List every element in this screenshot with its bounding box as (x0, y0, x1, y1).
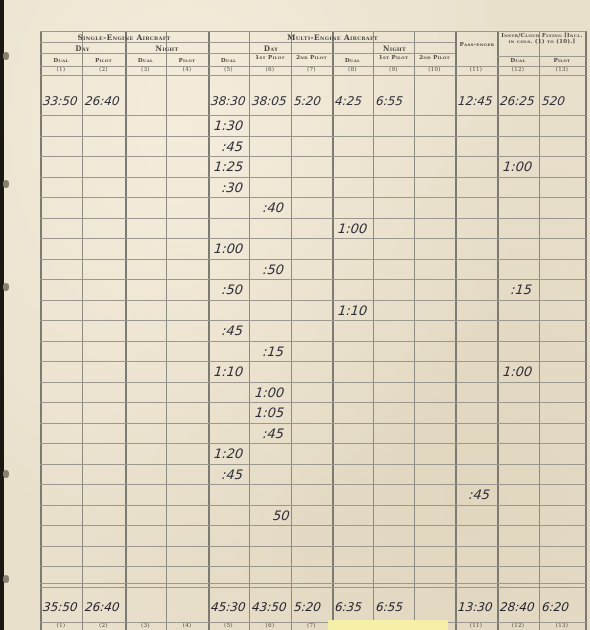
column-header: Pilot (166, 58, 208, 64)
brought-forward-cell: 38:30 (210, 94, 246, 108)
row-divider (40, 238, 586, 239)
total-cell: 6:55 (375, 600, 403, 614)
log-entry-cell: :45 (221, 324, 243, 339)
row-divider (40, 75, 586, 76)
column-divider (455, 31, 457, 630)
column-number: (4) (166, 67, 208, 73)
column-number: (1) (40, 67, 82, 73)
log-entry-cell: 1:30 (213, 119, 244, 134)
row-divider (40, 566, 586, 567)
log-entry-cell: :50 (221, 283, 243, 298)
log-entry-cell: :15 (262, 345, 284, 360)
single-engine-title: Single-Engine Aircraft (40, 33, 208, 42)
column-divider (497, 31, 499, 630)
sticky-note (328, 620, 448, 630)
total-cell: 43:50 (251, 600, 287, 614)
column-divider (414, 31, 415, 630)
row-divider (40, 259, 586, 260)
brought-forward-cell: 38:05 (251, 94, 287, 108)
row-divider (40, 53, 455, 54)
column-number: (10) (414, 67, 455, 73)
passenger-label: Pass-enger (457, 42, 497, 48)
row-divider (40, 300, 586, 301)
column-divider (40, 31, 42, 630)
multi-day-label: Day (210, 44, 332, 53)
log-entry-cell: 1:00 (337, 222, 368, 237)
brought-forward-cell: 12:45 (457, 94, 493, 108)
row-divider (40, 546, 586, 547)
log-entry-cell: :50 (262, 263, 284, 278)
log-entry-cell: :15 (510, 283, 532, 298)
log-entry-cell: 1:00 (502, 365, 533, 380)
row-divider (40, 361, 586, 362)
row-divider (40, 341, 586, 342)
log-entry-cell: :40 (262, 201, 284, 216)
multi-engine-title: Multi-Engine Aircraft (210, 33, 455, 42)
column-header: 2nd Pilot (291, 55, 332, 61)
log-entry-cell: 1:00 (213, 242, 244, 257)
column-divider (208, 31, 210, 630)
footer-column-number: (2) (82, 623, 125, 629)
column-number: (12) (497, 67, 539, 73)
log-entry-cell: :45 (221, 468, 243, 483)
column-number: (13) (539, 67, 585, 73)
column-header: Dual (125, 58, 166, 64)
row-divider (40, 177, 586, 178)
column-header: Pilot (539, 58, 585, 64)
log-entry-cell: 1:00 (254, 386, 285, 401)
column-header: Pilot (82, 58, 125, 64)
row-divider (40, 464, 586, 465)
footer-column-number: (1) (40, 623, 82, 629)
footer-column-number: (13) (539, 623, 585, 629)
column-divider (166, 31, 167, 630)
log-entry-cell: :45 (221, 140, 243, 155)
brought-forward-cell: 5:20 (293, 94, 321, 108)
log-entry-cell: 1:10 (213, 365, 244, 380)
row-divider (40, 525, 586, 526)
column-header: 1st Pilot (249, 55, 291, 61)
brought-forward-cell: 26:40 (84, 94, 120, 108)
column-header: Dual (40, 58, 82, 64)
brought-forward-cell: 520 (541, 94, 565, 108)
footer-column-number: (12) (497, 623, 539, 629)
footer-column-number: (11) (455, 623, 497, 629)
row-divider (40, 156, 586, 157)
column-divider (373, 31, 374, 630)
brought-forward-cell: 4:25 (334, 94, 362, 108)
column-number: (7) (291, 67, 332, 73)
column-divider (82, 31, 83, 630)
log-entry-cell: 1:25 (213, 160, 244, 175)
log-entry-cell: 1:20 (213, 447, 244, 462)
total-cell: 6:35 (334, 600, 362, 614)
row-divider (40, 382, 586, 383)
column-header: 1st Pilot (373, 55, 414, 61)
column-number: (8) (332, 67, 373, 73)
column-number: (9) (373, 67, 414, 73)
column-divider (125, 31, 127, 630)
row-divider (40, 484, 586, 485)
row-divider (40, 197, 586, 198)
footer-column-number: (4) (166, 623, 208, 629)
total-cell: 13:30 (457, 600, 493, 614)
row-divider (40, 279, 586, 280)
column-header: Dual (332, 58, 373, 64)
log-entry-cell: :45 (262, 427, 284, 442)
column-divider (332, 31, 334, 630)
column-divider (249, 31, 250, 630)
column-divider (539, 31, 540, 630)
column-number: (3) (125, 67, 166, 73)
row-divider (40, 583, 586, 584)
row-divider (497, 56, 586, 57)
row-divider (40, 218, 586, 219)
brought-forward-cell: 6:55 (375, 94, 403, 108)
column-divider (291, 31, 292, 630)
total-cell: 35:50 (42, 600, 78, 614)
row-divider (40, 443, 586, 444)
column-number: (11) (455, 67, 497, 73)
brought-forward-cell: 26:25 (499, 94, 535, 108)
column-number: (2) (82, 67, 125, 73)
instrument-title: Instr/Cloud Flying [Incl. in cols. (1) t… (499, 33, 585, 45)
column-number: (5) (208, 67, 249, 73)
row-divider (40, 423, 586, 424)
footer-column-number: (5) (208, 623, 249, 629)
footer-column-number: (3) (125, 623, 166, 629)
log-entry-cell: :45 (468, 488, 490, 503)
row-divider (40, 587, 586, 588)
row-divider (40, 402, 586, 403)
column-divider (585, 31, 587, 630)
total-cell: 26:40 (84, 600, 120, 614)
column-header: Dual (497, 58, 539, 64)
column-number: (6) (249, 67, 291, 73)
log-entry-cell: :30 (221, 181, 243, 196)
footer-column-number: (6) (249, 623, 291, 629)
total-cell: 45:30 (210, 600, 246, 614)
row-divider (40, 42, 208, 43)
brought-forward-cell: 33:50 (42, 94, 78, 108)
row-divider (40, 115, 586, 116)
log-entry-cell: 1:10 (337, 304, 368, 319)
log-entry-cell: 1:00 (502, 160, 533, 175)
total-cell: 6:20 (541, 600, 569, 614)
log-entry-cell: 1:05 (254, 406, 285, 421)
row-divider (40, 31, 586, 32)
total-cell: 28:40 (499, 600, 535, 614)
column-header: Dual (208, 58, 249, 64)
log-entry-cell: 50 (272, 509, 290, 524)
footer-column-number: (7) (291, 623, 332, 629)
multi-night-label: Night (334, 44, 455, 53)
total-cell: 5:20 (293, 600, 321, 614)
single-night-label: Night (126, 44, 208, 53)
row-divider (40, 505, 586, 506)
row-divider (40, 136, 586, 137)
row-divider (40, 320, 586, 321)
column-header: 2nd Pilot (414, 55, 455, 61)
single-day-label: Day (40, 44, 125, 53)
